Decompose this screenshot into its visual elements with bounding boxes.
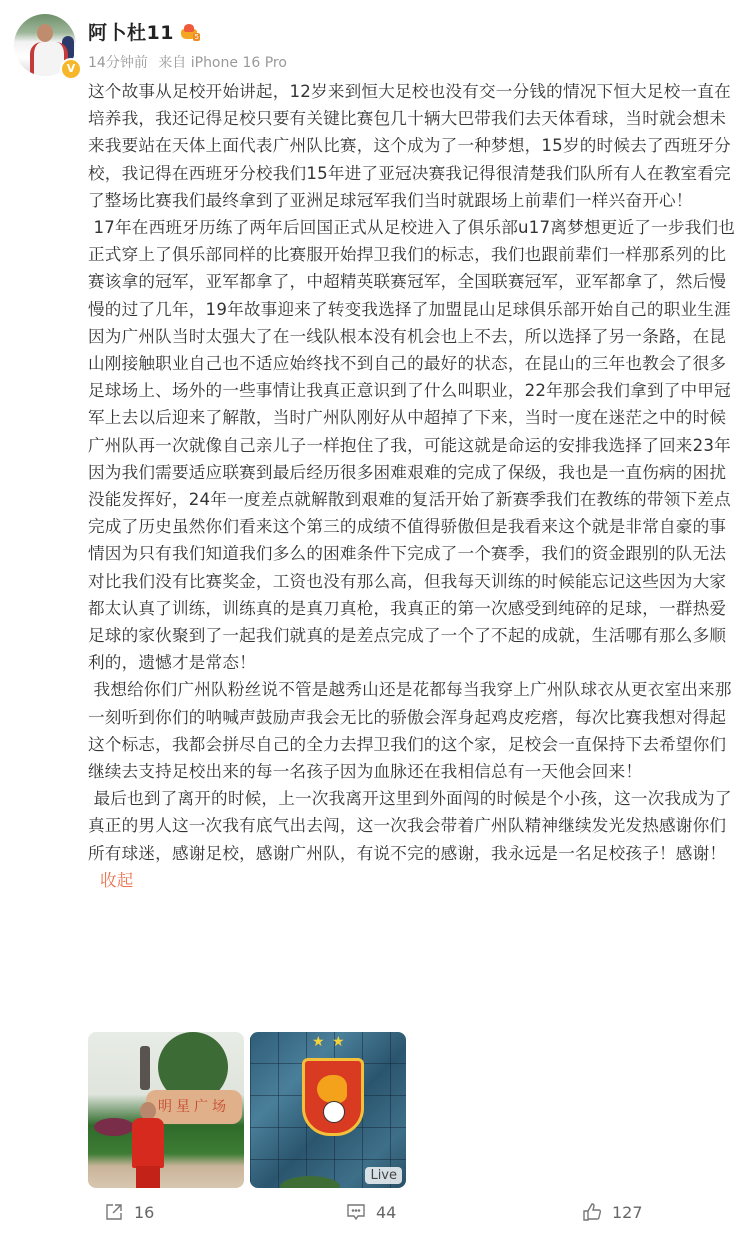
collapse-link[interactable]: 收起 [100, 871, 134, 890]
like-count: 127 [612, 1203, 643, 1222]
image-thumbnail-2[interactable]: ★ ★ Live [250, 1032, 406, 1188]
paragraph-1: 这个故事从足校开始讲起，12岁来到恒大足校也没有交一分钱的情况下恒大足校一直在培… [88, 78, 736, 214]
football-emblem [323, 1101, 345, 1123]
share-icon [104, 1202, 124, 1222]
comment-count: 44 [376, 1203, 396, 1222]
author-row: 阿卜杜11 5 [88, 18, 198, 45]
share-button[interactable]: 16 [104, 1202, 154, 1222]
boy-legs [136, 1166, 160, 1188]
verified-v-badge-icon: V [60, 58, 82, 80]
avatar-head [37, 24, 53, 42]
live-photo-badge: Live [365, 1167, 402, 1184]
post-time: 14分钟前 [88, 55, 148, 71]
club-crest [302, 1058, 364, 1136]
paragraph-4-text: 最后也到了离开的时候，上一次我离开这里到外面闯的时候是个小孩，这一次我成为了真正… [88, 789, 732, 862]
boy-figure [130, 1102, 166, 1188]
author-name[interactable]: 阿卜杜11 [88, 18, 174, 45]
membership-level: 5 [193, 33, 199, 41]
statue-shape [140, 1046, 150, 1090]
image-thumbnail-1[interactable]: 明星广场 [88, 1032, 244, 1188]
media-gallery: 明星广场 ★ ★ Live [88, 1032, 406, 1188]
action-bar: 16 44 127 [0, 1196, 750, 1232]
boy-jacket [132, 1118, 164, 1168]
tiger-emblem [317, 1075, 347, 1103]
paragraph-2: 17年在西班牙历练了两年后回国正式从足校进入了俱乐部u17离梦想更近了一步我们也… [88, 214, 736, 676]
paragraph-4: 最后也到了离开的时候，上一次我离开这里到外面闯的时候是个小孩，这一次我成为了真正… [88, 785, 736, 894]
thumbs-up-icon [582, 1202, 602, 1222]
crown-top [184, 24, 194, 32]
like-button[interactable]: 127 [582, 1202, 643, 1222]
star-icon: ★ [332, 1034, 345, 1050]
comment-button[interactable]: 44 [346, 1202, 396, 1222]
star-icon: ★ [312, 1034, 325, 1050]
post-content: 这个故事从足校开始讲起，12岁来到恒大足校也没有交一分钱的情况下恒大足校一直在培… [88, 78, 736, 894]
post-meta: 14分钟前 来自 iPhone 16 Pro [88, 52, 287, 72]
flowerbed-shape [94, 1118, 134, 1136]
crown-icon[interactable]: 5 [180, 24, 198, 40]
post-header: V 阿卜杜11 5 14分钟前 来自 iPhone 16 Pro [12, 12, 732, 78]
comment-icon [346, 1202, 366, 1222]
post-source: 来自 iPhone 16 Pro [158, 55, 287, 71]
share-count: 16 [134, 1203, 154, 1222]
paragraph-3: 我想给你们广州队粉丝说不管是越秀山还是花都每当我穿上广州队球衣从更衣室出来那一刻… [88, 676, 736, 785]
